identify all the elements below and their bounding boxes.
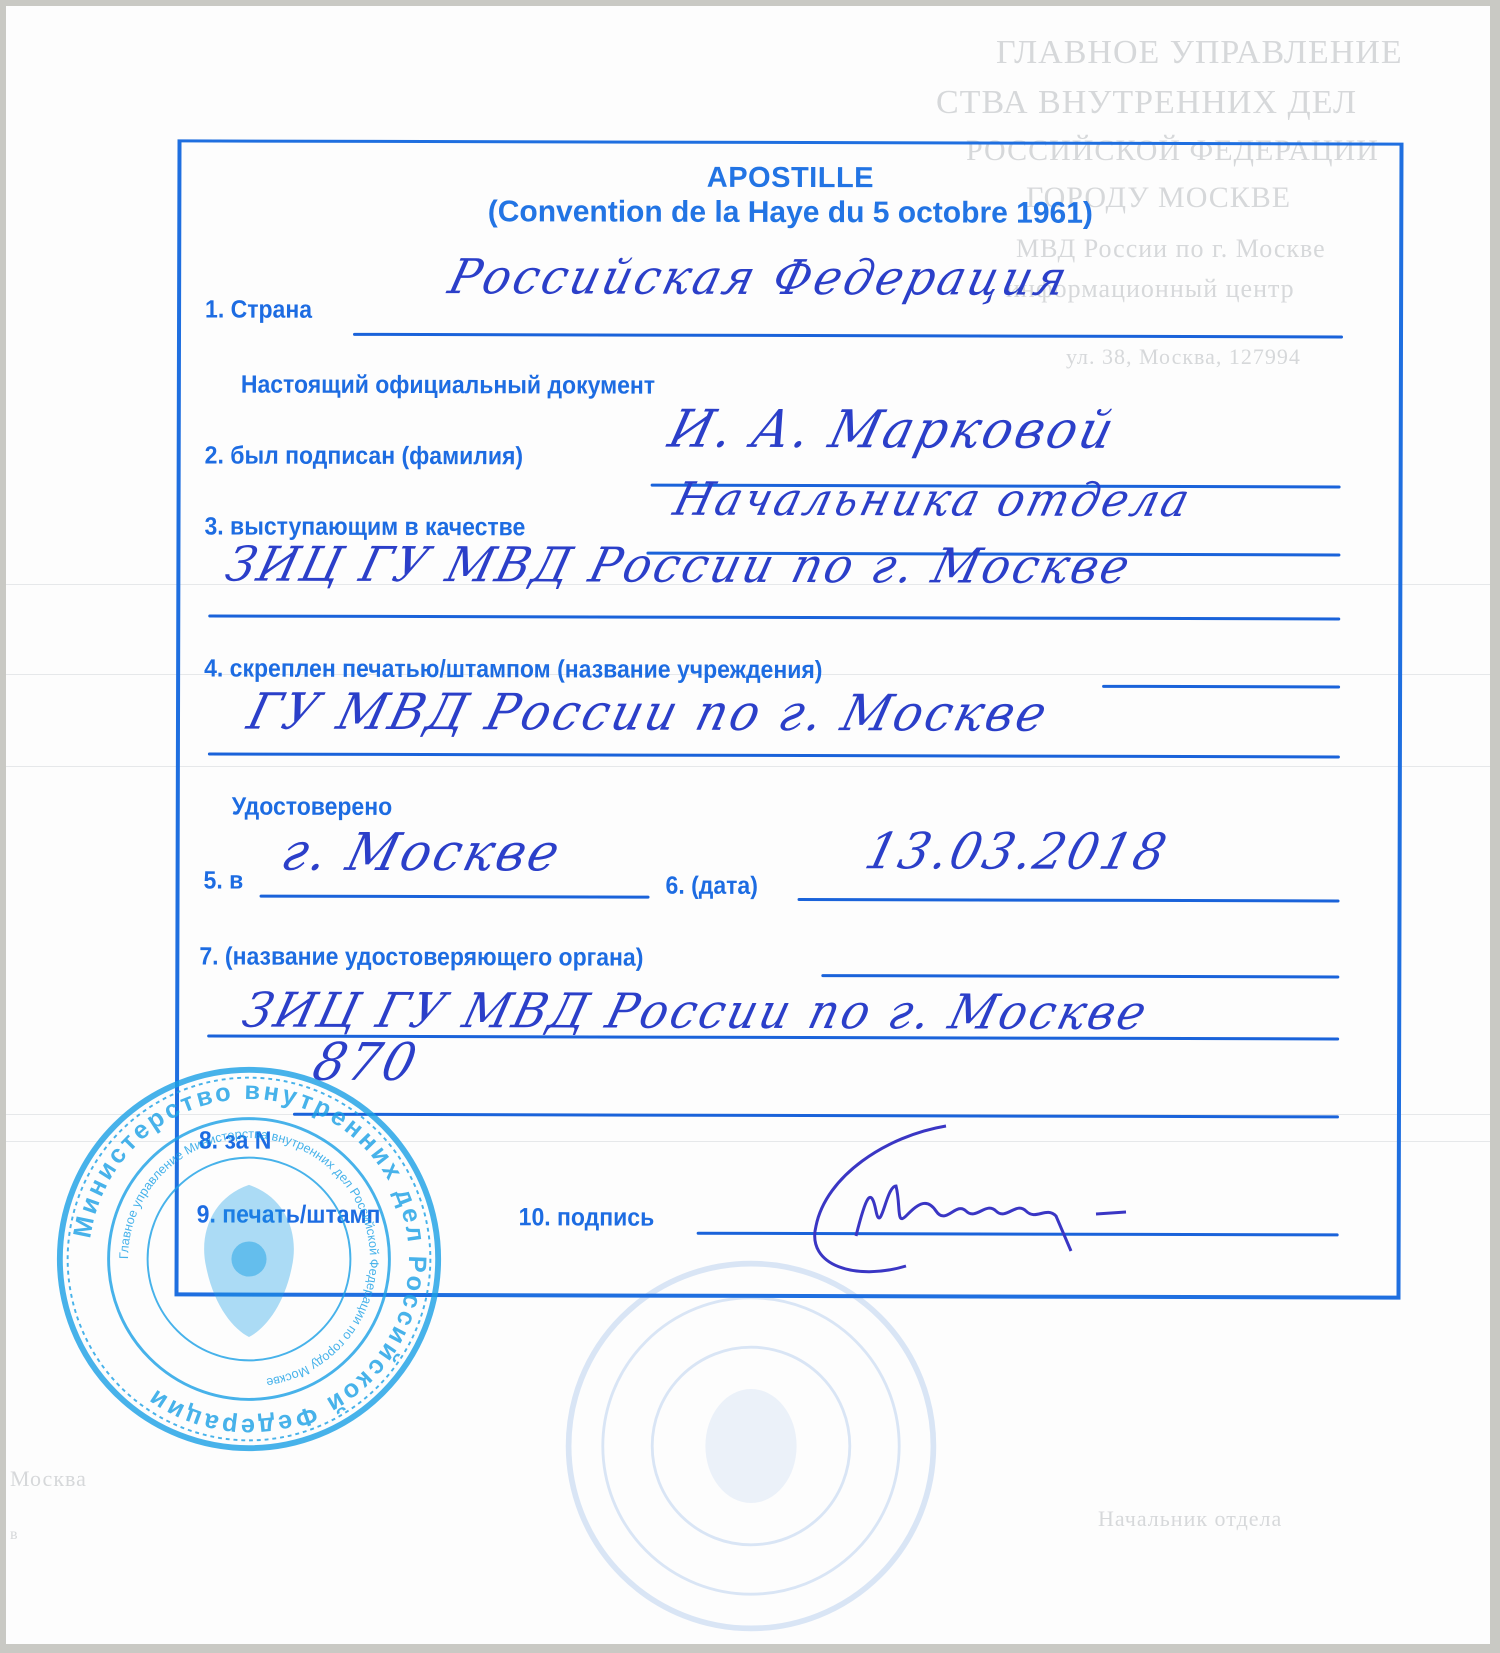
field-acting-as-value-1: Начальника отдела: [669, 472, 1198, 527]
field-sealed-by-label: 4. скреплен печатью/штампом (название уч…: [204, 654, 822, 685]
field-place-value: г. Москве: [276, 823, 569, 884]
field-date-value: 13.03.2018: [860, 822, 1175, 881]
field-authority-label: 7. (название удостоверяющего органа): [199, 942, 643, 972]
field-country-rule: [353, 333, 1343, 339]
intro-text: Настоящий официальный документ: [241, 371, 655, 401]
field-signed-by-value: И. А. Марковой: [663, 400, 1123, 461]
field-sealed-by-value: ГУ МВД России по г. Москве: [242, 683, 1055, 743]
bg-text-line: ГЛАВНОЕ УПРАВЛЕНИЕ: [996, 34, 1403, 72]
bg-text-line: СТВА ВНУТРЕННИХ ДЕЛ: [936, 84, 1357, 122]
field-signed-by-label: 2. был подписан (фамилия): [205, 441, 523, 471]
official-seal-icon: Министерство внутренних дел Российской Ф…: [54, 1064, 444, 1454]
field-country-value: Российская Федерация: [443, 249, 1075, 307]
certified-heading: Удостоверено: [232, 793, 393, 822]
field-acting-as-rule-2: [208, 614, 1340, 620]
field-date-rule: [798, 898, 1340, 902]
field-sealed-by-rule: [1102, 685, 1340, 689]
apostille-title: APOSTILLE: [181, 160, 1399, 196]
apostille-subtitle: (Convention de la Haye du 5 octobre 1961…: [181, 194, 1399, 231]
field-sealed-by-rule-2: [208, 752, 1340, 758]
signature-icon: [796, 1116, 1216, 1286]
bg-text-line: Начальник отдела: [1098, 1506, 1282, 1532]
document-page: ГЛАВНОЕ УПРАВЛЕНИЕ СТВА ВНУТРЕННИХ ДЕЛ Р…: [6, 6, 1490, 1644]
field-place-label: 5. в: [204, 866, 244, 895]
faint-seal-icon: [561, 1256, 941, 1636]
field-place-rule: [260, 895, 650, 899]
field-date-label: 6. (дата): [666, 872, 758, 901]
field-country-label: 1. Страна: [205, 295, 312, 324]
field-authority-rule: [821, 974, 1339, 978]
bg-text-fragment: в: [10, 1526, 19, 1544]
field-acting-as-value-2: ЗИЦ ГУ МВД России по г. Москве: [220, 537, 1138, 595]
bg-text-fragment: Москва: [10, 1466, 87, 1492]
field-signature-label: 10. подпись: [519, 1203, 655, 1232]
